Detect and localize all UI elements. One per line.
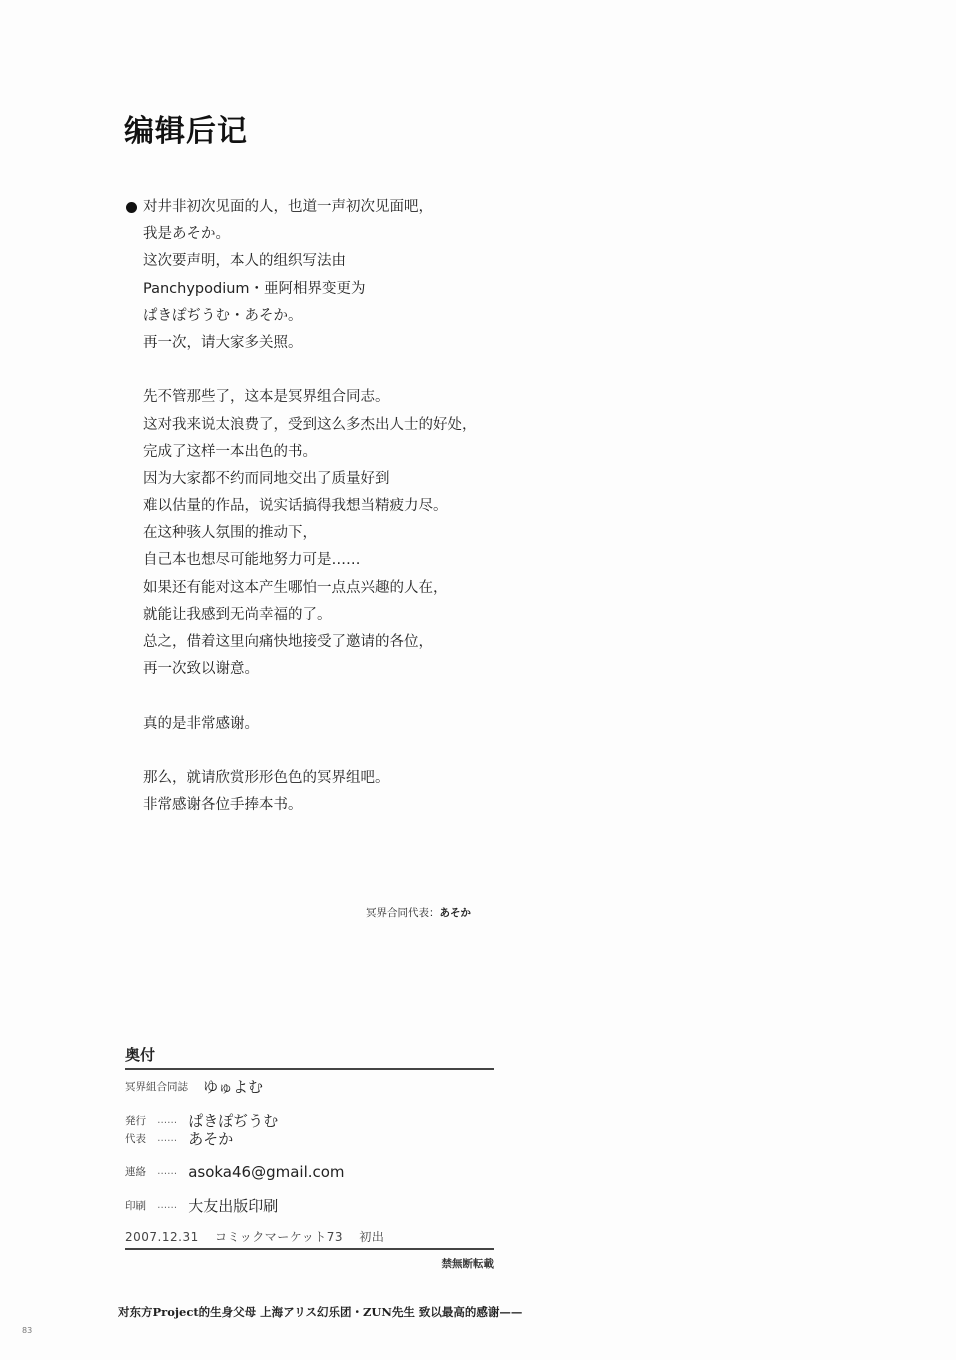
paragraph-gap	[143, 357, 563, 384]
leader-dots: ……	[157, 1112, 177, 1130]
acknowledgement: 对东方Project的生身父母 上海アリス幻乐团・ZUN先生 致以最高的感谢——	[118, 1304, 522, 1320]
date-row: 2007.12.31 コミックマーケット73 初出	[125, 1228, 494, 1246]
contact-row: 連絡 …… asoka46@gmail.com	[125, 1161, 494, 1181]
representative-value: あそか	[188, 1130, 233, 1148]
text-line: Panchypodium・亜阿相界变更为	[143, 276, 563, 303]
text-line: 这对我来说太浪费了，受到这么多杰出人士的好处，	[143, 412, 563, 439]
representative-row: 代表 …… あそか	[125, 1129, 494, 1147]
text-line: 对井非初次见面的人，也道一声初次见面吧，	[143, 194, 563, 221]
release-date: 2007.12.31	[125, 1230, 199, 1244]
text-line: 难以估量的作品，说实话搞得我想当精疲力尽。	[143, 493, 563, 520]
paragraph-gap	[143, 683, 563, 710]
text-line: 在这种骇人氛围的推动下，	[143, 520, 563, 547]
leader-dots: ……	[157, 1130, 177, 1148]
book-row: 冥界組合同誌 ゆゅよむ	[125, 1076, 494, 1097]
text-line: ぱきぽぢうむ・あそか。	[143, 303, 563, 330]
text-line: 再一次，请大家多关照。	[143, 330, 563, 357]
signature-name: あそか	[440, 907, 472, 919]
text-line: 如果还有能对这本产生哪怕一点点兴趣的人在，	[143, 575, 563, 602]
text-line: 这次要声明，本人的组织写法由	[143, 248, 563, 275]
text-line: 我是あそか。	[143, 221, 563, 248]
book-label: 冥界組合同誌	[125, 1079, 188, 1094]
colophon: 奥付 冥界組合同誌 ゆゅよむ 発行 …… ぱきぽぢうむ 代表 …… あそか 連絡…	[125, 1044, 494, 1271]
page-number: 83	[22, 1326, 32, 1335]
signature-label: 冥界合同代表：	[366, 907, 440, 919]
text-line: 真的是非常感谢。	[143, 711, 563, 738]
text-line: 先不管那些了，这本是冥界组合同志。	[143, 384, 563, 411]
book-title: ゆゅよむ	[203, 1076, 263, 1097]
leader-dots: ……	[157, 1166, 177, 1177]
bullet-icon	[126, 202, 137, 213]
event-name: コミックマーケット73	[215, 1230, 343, 1244]
copyright-notice: 禁無断転載	[125, 1256, 494, 1271]
contact-email: asoka46@gmail.com	[188, 1163, 344, 1181]
text-line: 就能让我感到无尚幸福的了。	[143, 602, 563, 629]
text-line: 总之，借着这里向痛快地接受了邀请的各位，	[143, 629, 563, 656]
page-title: 编辑后记	[124, 106, 248, 150]
contact-label: 連絡	[125, 1164, 146, 1179]
publisher-label: 発行	[125, 1112, 146, 1130]
publisher-value: ぱきぽぢうむ	[188, 1112, 278, 1130]
printer-label: 印刷	[125, 1198, 146, 1213]
printer-row: 印刷 …… 大友出版印刷	[125, 1195, 494, 1216]
text-line: 非常感谢各位手捧本书。	[143, 792, 563, 819]
text-line: 完成了这样一本出色的书。	[143, 439, 563, 466]
text-line: 因为大家都不约而同地交出了质量好到	[143, 466, 563, 493]
publisher-row: 発行 …… ぱきぽぢうむ	[125, 1111, 494, 1129]
afterword-body: 对井非初次见面的人，也道一声初次见面吧， 我是あそか。 这次要声明，本人的组织写…	[143, 194, 563, 819]
paragraph-gap	[143, 738, 563, 765]
text-line: 那么，就请欣赏形形色色的冥界组吧。	[143, 765, 563, 792]
signature: 冥界合同代表：あそか	[366, 905, 471, 920]
representative-label: 代表	[125, 1130, 146, 1148]
edition-label: 初出	[359, 1230, 384, 1244]
leader-dots: ……	[157, 1200, 177, 1211]
text-line: 自己本也想尽可能地努力可是……	[143, 547, 563, 574]
text-line: 再一次致以谢意。	[143, 656, 563, 683]
printer-value: 大友出版印刷	[188, 1195, 278, 1216]
divider	[125, 1068, 494, 1070]
colophon-title: 奥付	[125, 1044, 494, 1066]
divider	[125, 1248, 494, 1250]
